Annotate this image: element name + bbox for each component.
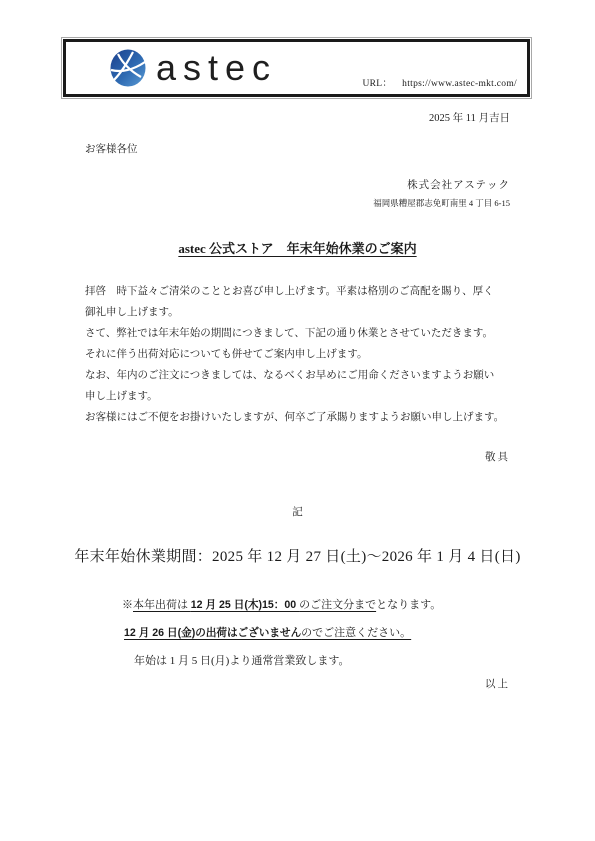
letterhead-box: astec URL：https://www.astec-mkt.com/ [63, 39, 530, 97]
note1-underline-start: 本年出荷は [133, 599, 191, 611]
note-shipping-deadline: ※本年出荷は 12 月 25 日(木)15：00 のご注文分までとなります。 [122, 596, 441, 612]
note-no-shipping: 12 月 26 日(金)の出荷はございませんのでご注意ください。 [124, 624, 411, 640]
note1-tail: となります。 [376, 599, 441, 611]
note2-bold: 12 月 26 日(金)の出荷はございません [124, 627, 301, 639]
company-name: 株式会社アステック [407, 177, 510, 192]
body-line: それに伴う出荷対応についても併せてご案内申し上げます。 [85, 344, 521, 365]
body-line: 申し上げます。 [85, 386, 521, 407]
letter-body: 拝啓 時下益々ご清栄のこととお喜び申し上げます。平素は格別のご高配を賜り、厚く … [85, 281, 521, 428]
note1-deadline-bold: 12 月 25 日(木)15：00 [191, 599, 299, 611]
url-label: URL： [362, 79, 392, 89]
note2-rest: のでご注意ください。 [301, 627, 411, 639]
document-title-text: astec 公式ストア 年末年始休業のご案内 [178, 241, 416, 256]
body-line: 御礼申し上げます。 [85, 302, 521, 323]
record-mark: 記 [0, 504, 595, 519]
body-line: なお、年内のご注文につきましては、なるべくお早めにご用命くださいますようお願い [85, 365, 521, 386]
company-url: URL：https://www.astec-mkt.com/ [362, 75, 517, 89]
note-reopen: 年始は 1 月 5 日(月)より通常営業致します。 [134, 652, 349, 668]
body-line: さて、弊社では年末年始の期間につきまして、下記の通り休業とさせていただきます。 [85, 323, 521, 344]
document-title: astec 公式ストア 年末年始休業のご案内 [0, 238, 595, 257]
astec-logo: astec [110, 47, 277, 89]
closing-keigu: 敬具 [485, 449, 510, 464]
recipient: お客様各位 [85, 141, 138, 156]
logo-wordmark: astec [156, 47, 277, 89]
company-address: 福岡県糟屋郡志免町南里 4 丁目 6-15 [373, 197, 510, 209]
body-line: 拝啓 時下益々ご清栄のこととお喜び申し上げます。平素は格別のご高配を賜り、厚く [85, 281, 521, 302]
url-value: https://www.astec-mkt.com/ [402, 79, 517, 89]
astec-globe-icon [110, 49, 146, 87]
holiday-period: 年末年始休業期間：2025 年 12 月 27 日(土)～2026 年 1 月 … [0, 545, 595, 566]
end-mark-ijou: 以上 [485, 676, 510, 691]
body-line: お客様にはご不便をお掛けいたしますが、何卒ご了承賜りますようお願い申し上げます。 [85, 407, 521, 428]
document-date: 2025 年 11 月吉日 [429, 110, 510, 125]
note-marker: ※ [122, 599, 133, 611]
document-page: astec URL：https://www.astec-mkt.com/ 202… [0, 0, 595, 841]
note1-underline-end: のご注文分まで [299, 599, 376, 611]
